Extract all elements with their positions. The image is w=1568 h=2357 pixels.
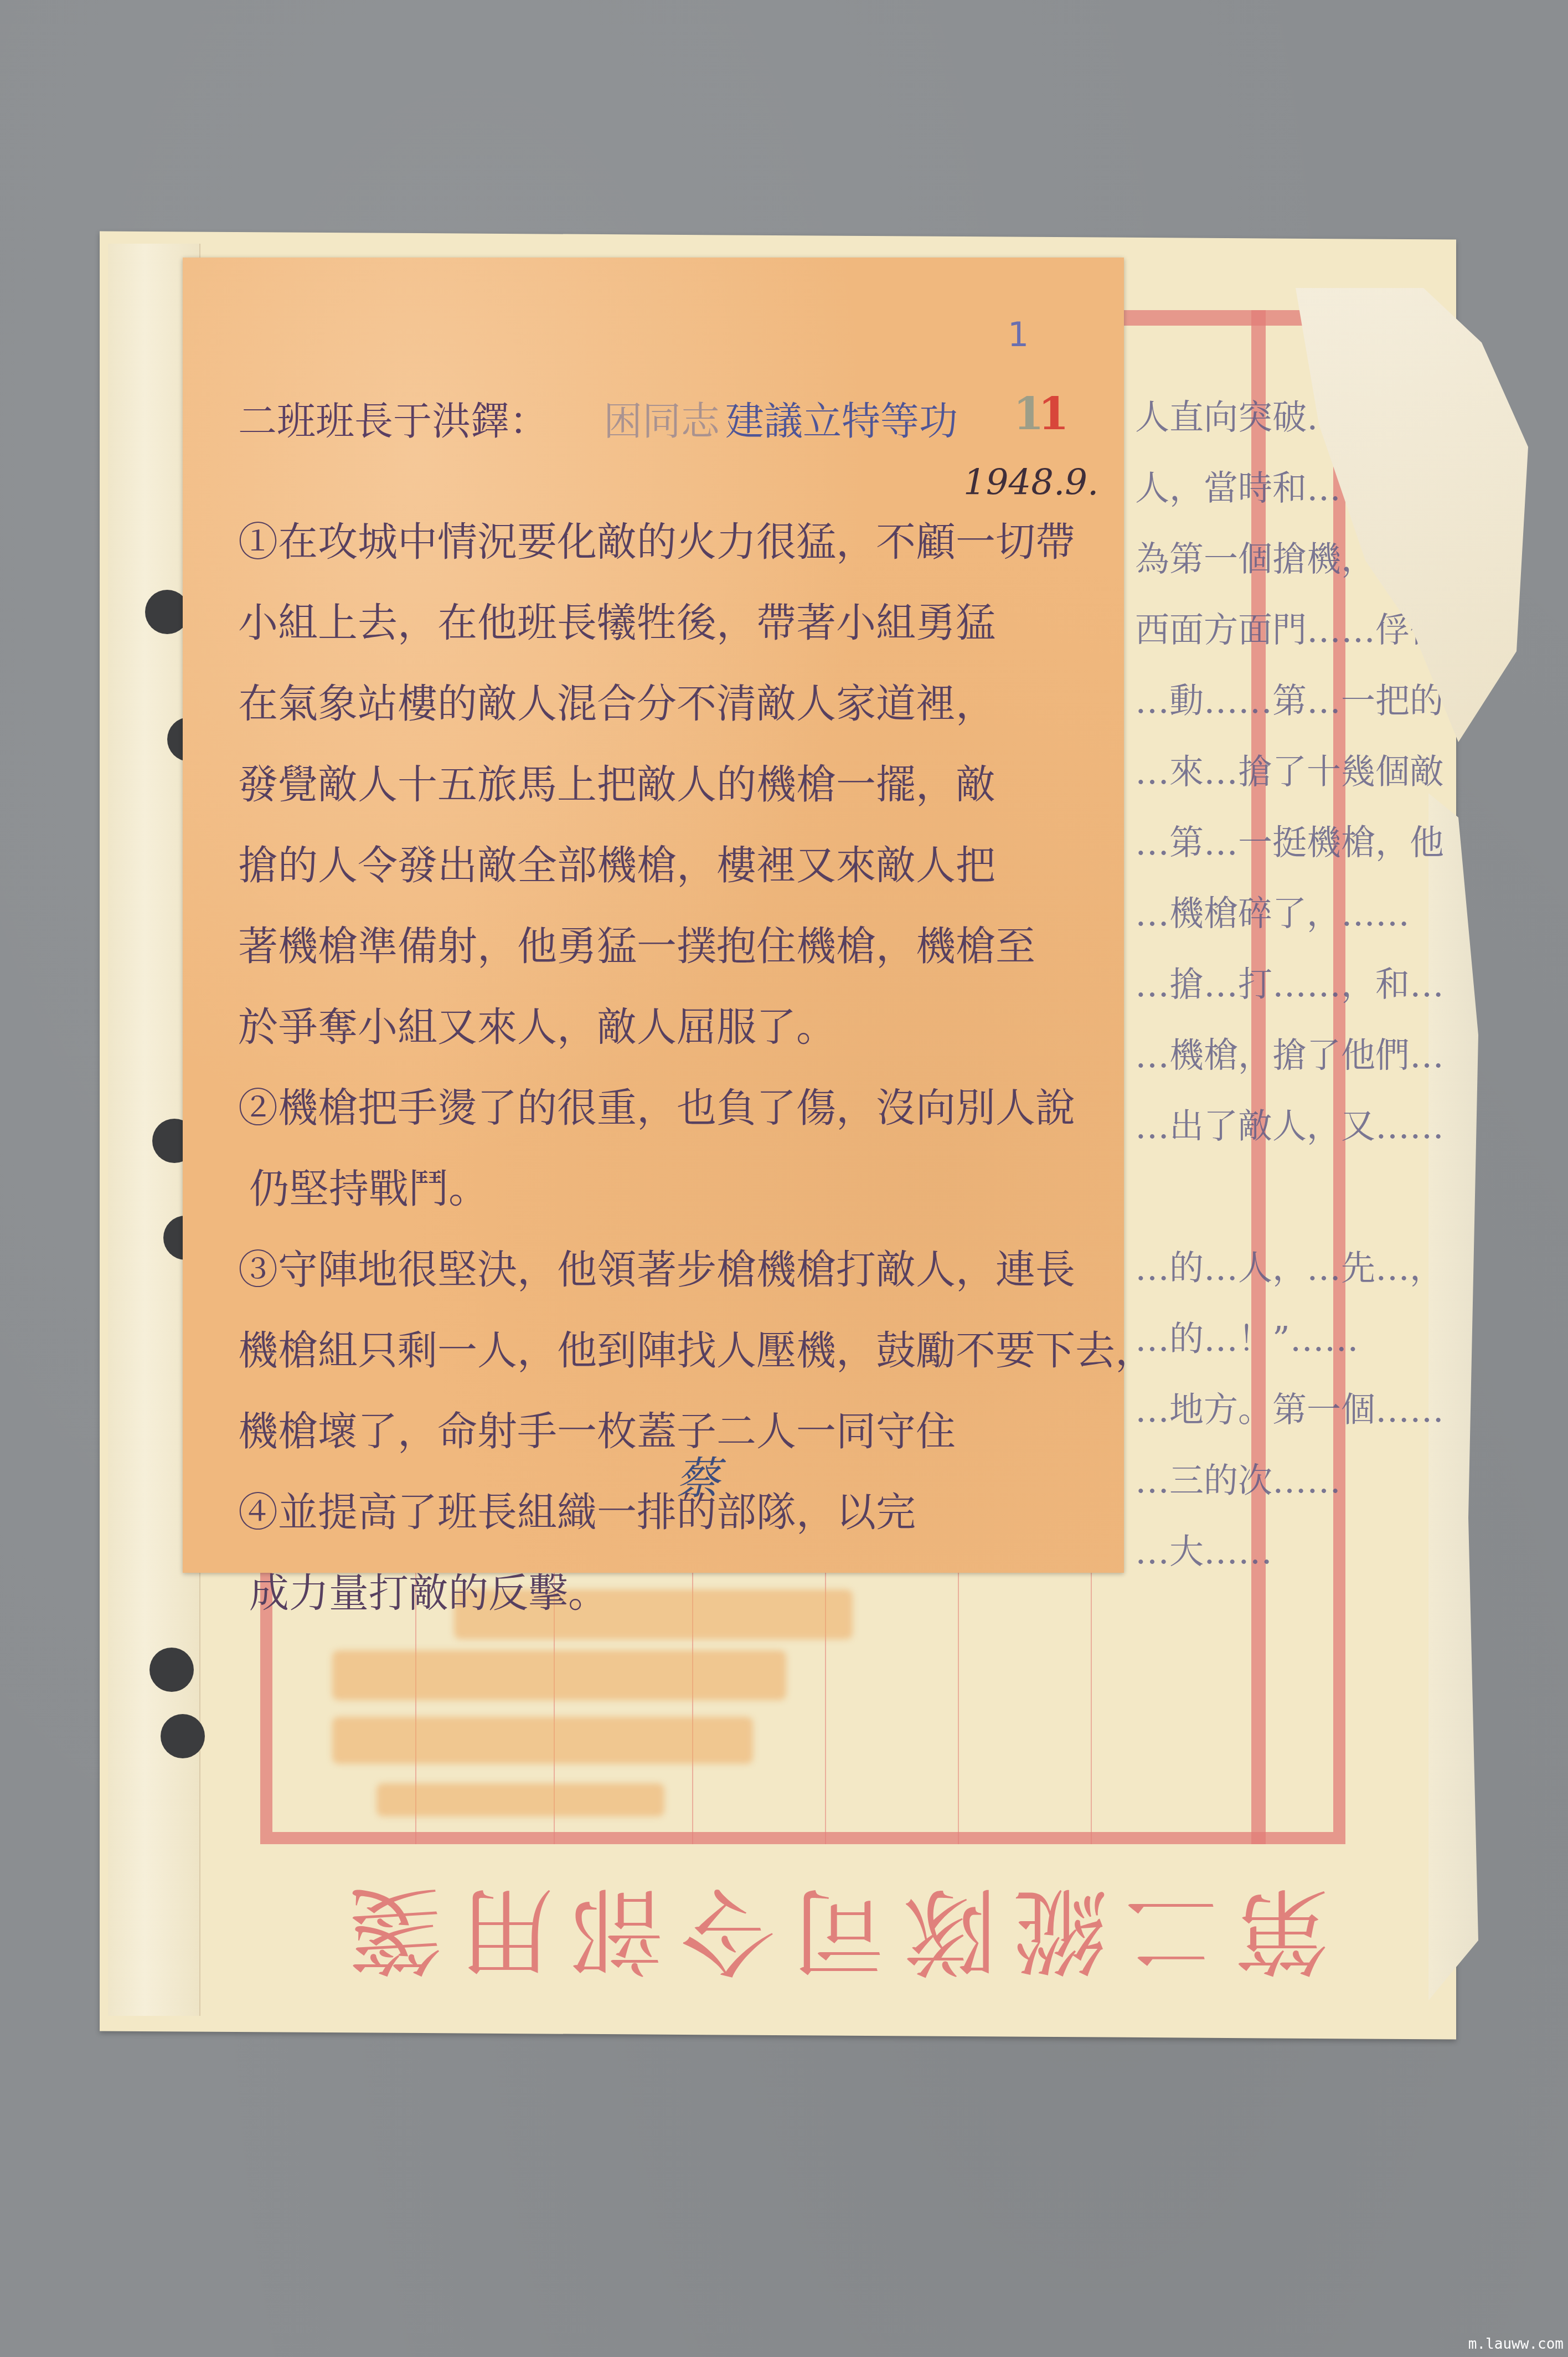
note-line: 機槍壞了，命射手一枚蓋子二人一同守住 xyxy=(238,1391,1080,1471)
ink-bleed xyxy=(376,1783,664,1816)
tissue-line: …三的次…… xyxy=(1135,1445,1445,1516)
tissue-line xyxy=(1135,1162,1445,1233)
letterhead-title: 第二縱隊司令部用箋 xyxy=(249,1866,1329,2010)
tissue-line: …第…一挺機槍，他是第 xyxy=(1135,807,1445,878)
stamp-mark: 1 xyxy=(1008,316,1029,354)
addressee: 二班班長于洪鐸： xyxy=(238,390,548,446)
note-line: 仍堅持戰鬥。 xyxy=(238,1148,1080,1229)
note-line: 小組上去，在他班長犧牲後，帶著小組勇猛 xyxy=(238,582,1080,663)
tissue-line: …的…人，…先…，…… xyxy=(1135,1233,1445,1304)
tissue-line: …來…搶了十幾個敵人，…… xyxy=(1135,737,1445,807)
note-line: ①在攻城中情況要化敵的火力很猛，不顧一切帶 xyxy=(238,501,1080,582)
tissue-line: …出了敵人，又…… xyxy=(1135,1091,1445,1162)
note-line: 機槍組只剩一人，他到陣找人壓機，鼓勵不要下去， xyxy=(238,1310,1080,1391)
tissue-line: …動……第…一把的手 xyxy=(1135,666,1445,737)
faint-annotation: 困同志 xyxy=(604,390,720,446)
tissue-line: …搶…打……，和…… xyxy=(1135,949,1445,1020)
handwritten-note: 1 二班班長于洪鐸： 困同志 建議立特等功 1 1 1948.9. ①在攻城中情… xyxy=(183,258,1124,1573)
note-line: 在氣象站樓的敵人混合分不清敵人家道裡， xyxy=(238,663,1080,744)
note-line: 著機槍準備射，他勇猛一撲抱住機槍，機槍至 xyxy=(238,905,1080,986)
tissue-line: …機槍，搶了他們…… xyxy=(1135,1020,1445,1091)
note-line: ③守陣地很堅決，他領著步槍機槍打敵人，連長 xyxy=(238,1229,1080,1310)
stamp-number-red: 1 xyxy=(1038,388,1069,440)
tissue-line: …的…！”…… xyxy=(1135,1304,1445,1375)
tissue-line: …機槍碎了，…… xyxy=(1135,878,1445,949)
note-header: 1 二班班長于洪鐸： 困同志 建議立特等功 1 1 1948.9. xyxy=(238,368,1069,479)
note-body: ①在攻城中情況要化敵的火力很猛，不顧一切帶 小組上去，在他班長犧牲後，帶著小組勇… xyxy=(238,501,1080,1633)
tissue-line: …地方。第一個…… xyxy=(1135,1375,1445,1445)
merit-annotation: 建議立特等功 xyxy=(725,390,958,446)
note-line: 成力量打敵的反擊。 xyxy=(238,1552,1080,1633)
note-line: ②機槍把手燙了的很重，也負了傷，沒向別人說 xyxy=(238,1067,1080,1148)
ink-bleed xyxy=(332,1717,753,1764)
note-line: 於爭奪小組又來人，敵人屈服了。 xyxy=(238,986,1080,1067)
note-line: 搶的人令發出敵全部機槍，樓裡又來敵人把 xyxy=(238,825,1080,905)
note-line: 發覺敵人十五旅馬上把敵人的機槍一擺，敵 xyxy=(238,744,1080,825)
ink-bleed xyxy=(332,1650,786,1700)
note-date: 1948.9. xyxy=(963,462,1098,503)
punch-hole xyxy=(161,1714,205,1758)
note-line: ④並提高了班長組織一排的部隊，以完 xyxy=(238,1471,1080,1552)
punch-hole xyxy=(149,1648,194,1692)
tissue-line: …大…… xyxy=(1135,1516,1445,1587)
watermark: m.lauww.com xyxy=(1468,2336,1564,2353)
signature: 蔡 xyxy=(675,1443,720,1506)
